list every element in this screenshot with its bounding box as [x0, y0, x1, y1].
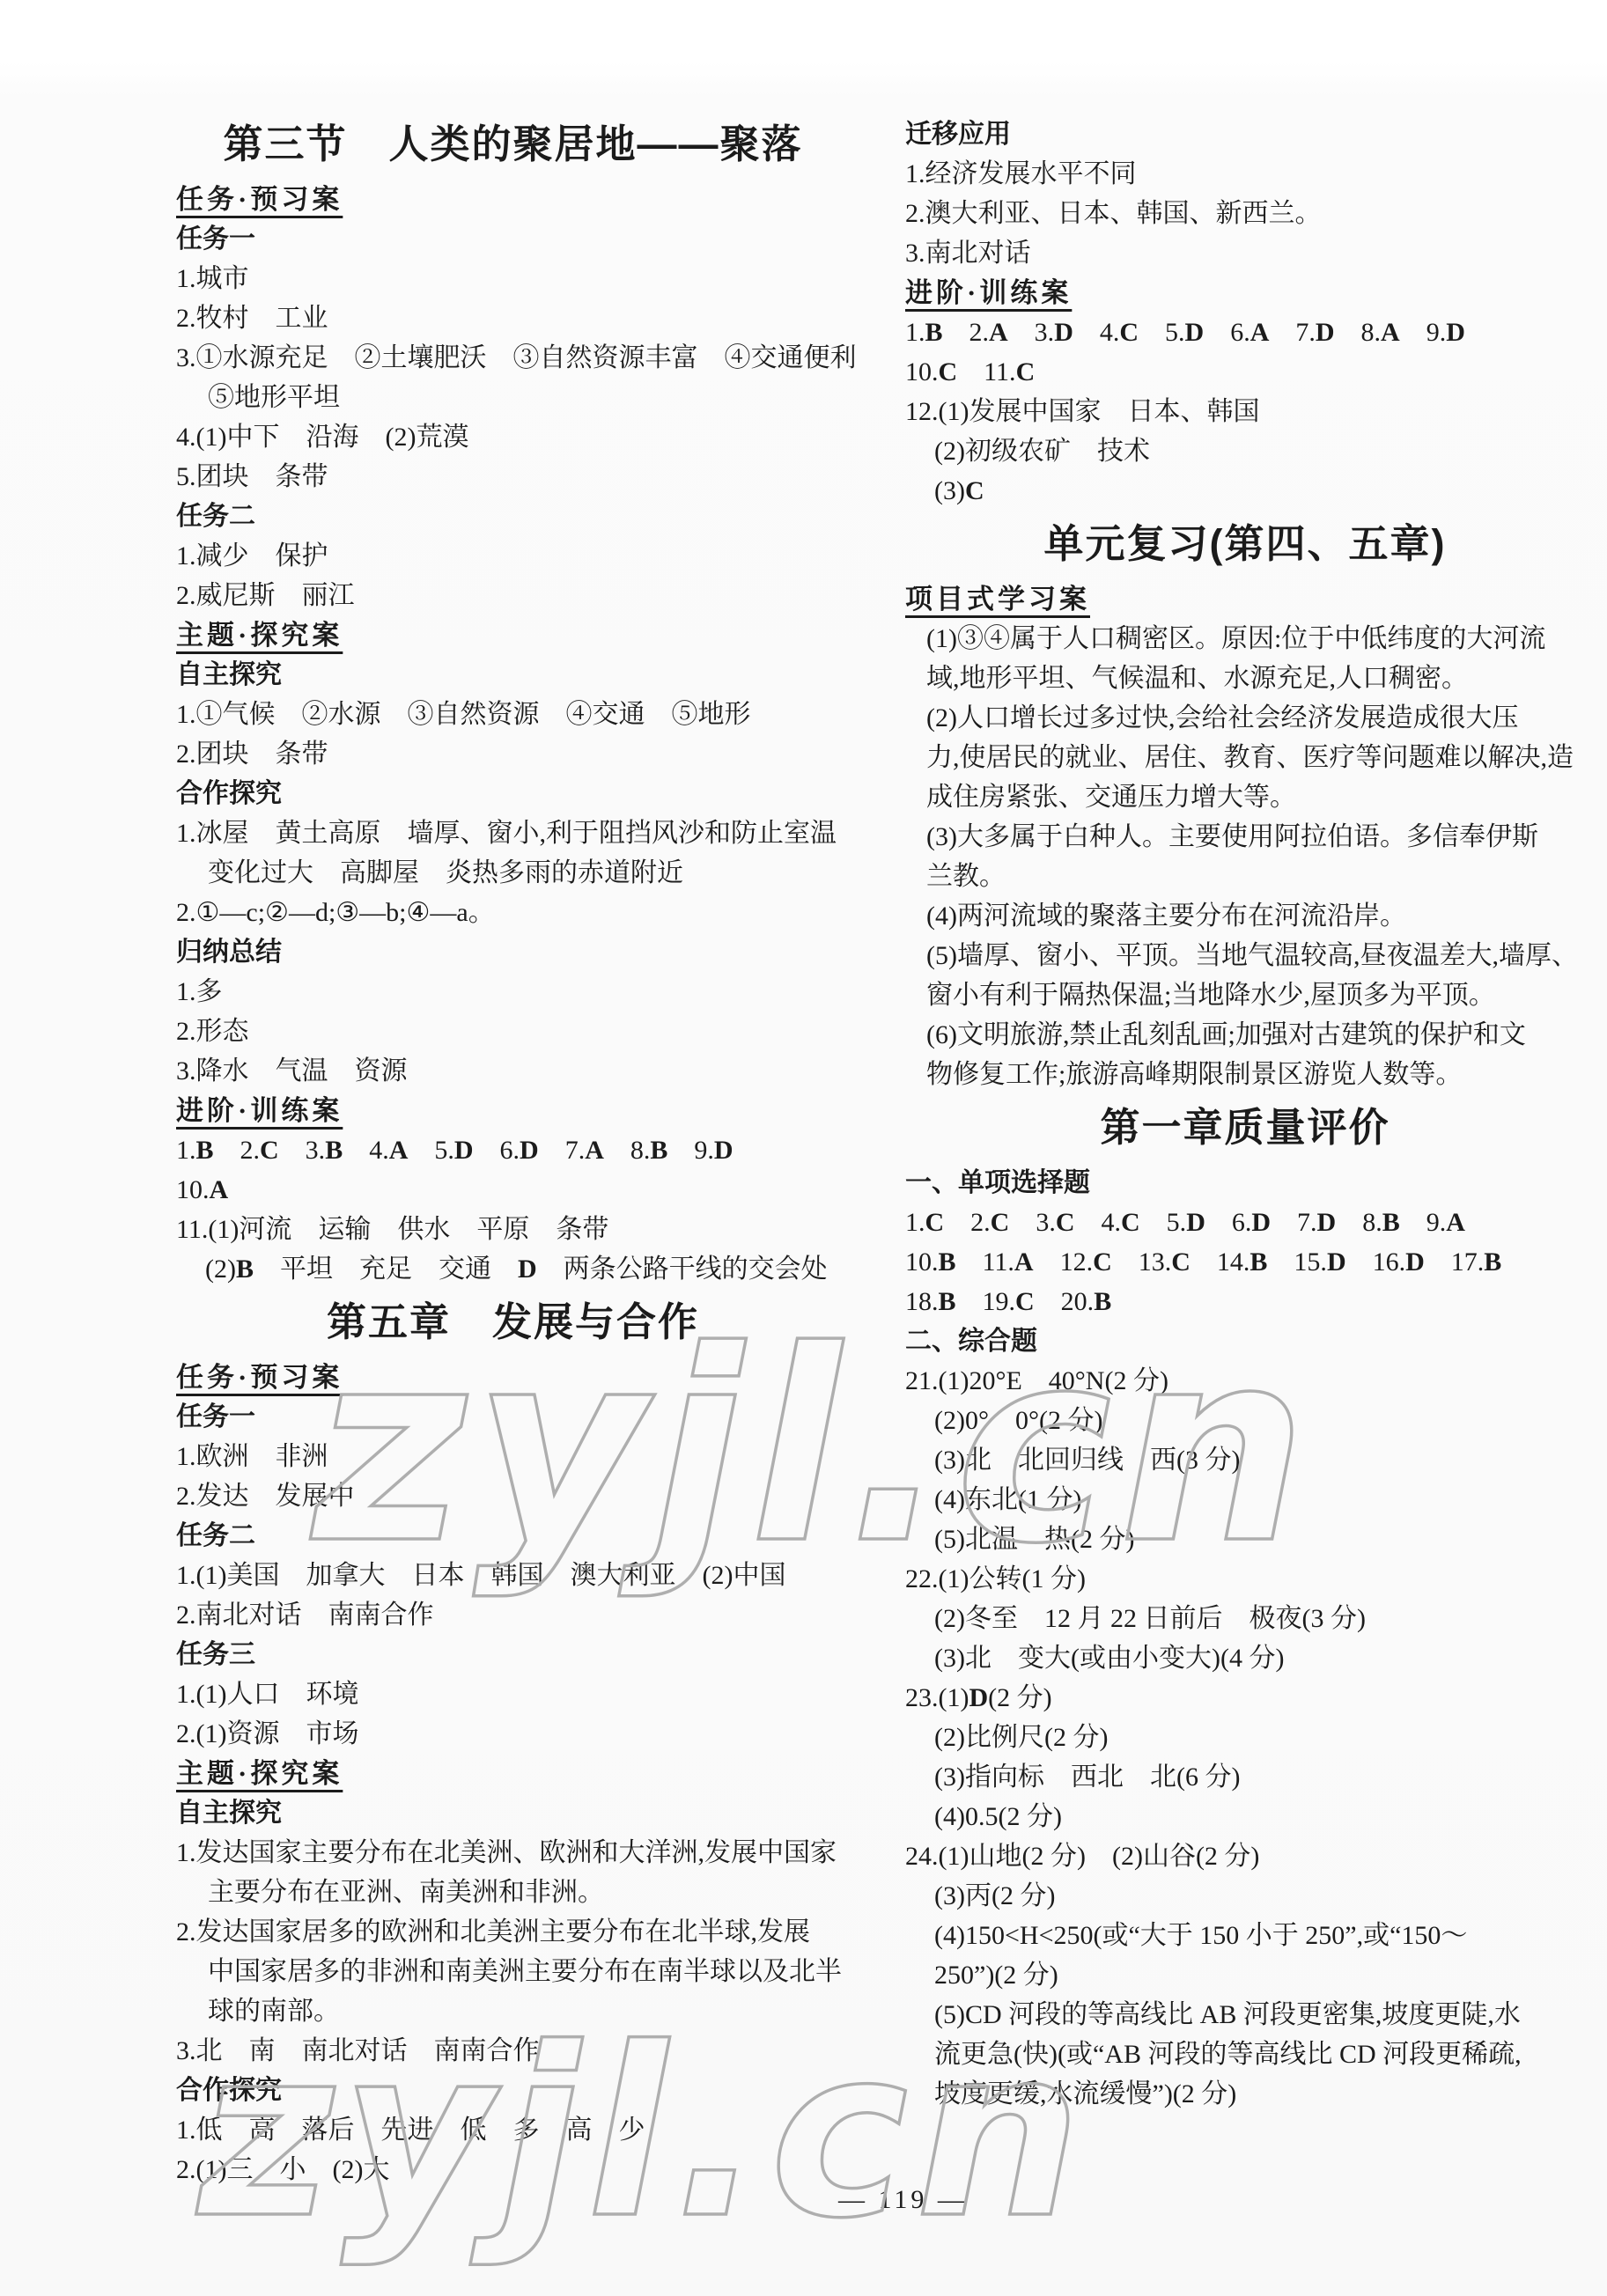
section-label: 进阶·训练案	[176, 1091, 850, 1130]
text-line: (4)150<H<250(或“大于 150 小于 250”,或“150～	[905, 1916, 1585, 1955]
text-line: 1.城市	[176, 259, 850, 298]
text-line: 坡度更缓,水流缓慢”)(2 分)	[905, 2074, 1585, 2114]
text-line: (4)两河流域的聚落主要分布在河流沿岸。	[905, 896, 1585, 936]
section-label: 主题·探究案	[176, 615, 850, 655]
text-line: 23.(1)D(2 分)	[905, 1678, 1585, 1718]
text-line: 250”)(2 分)	[905, 1955, 1585, 1995]
section-label: 进阶·训练案	[905, 273, 1585, 313]
text-line: 1.多	[176, 972, 850, 1012]
text-line: 1.(1)人口 环境	[176, 1674, 850, 1714]
answer-row: 18.B 19.C 20.B	[905, 1282, 1585, 1321]
subsection-heading: 任务一	[176, 219, 850, 259]
text-line: (6)文明旅游,禁止乱刻乱画;加强对古建筑的保护和文	[905, 1015, 1585, 1055]
text-line: ⑤地形平坦	[176, 378, 850, 417]
section-label: 项目式学习案	[905, 579, 1585, 619]
text-line: 1.低 高 落后 先进 低 多 高 少	[176, 2110, 850, 2150]
subsection-heading: 一、单项选择题	[905, 1163, 1585, 1203]
text-line: 11.(1)河流 运输 供水 平原 条带	[176, 1210, 850, 1249]
text-line: 4.(1)中下 沿海 (2)荒漠	[176, 417, 850, 457]
section-label: 主题·探究案	[176, 1754, 850, 1793]
text-line: 3.降水 气温 资源	[176, 1051, 850, 1091]
answer-row: 1.B 2.C 3.B 4.A 5.D 6.D 7.A 8.B 9.D	[176, 1130, 850, 1170]
text-line: (3)北 变大(或由小变大)(4 分)	[905, 1638, 1585, 1678]
text-line: 2.团块 条带	[176, 734, 850, 774]
text-line: 球的南部。	[176, 1991, 850, 2031]
text-line: 1.冰屋 黄土高原 墙厚、窗小,利于阻挡风沙和防止室温	[176, 813, 850, 853]
text-line: 2.南北对话 南南合作	[176, 1595, 850, 1635]
chapter-heading: 第五章 发展与合作	[176, 1296, 850, 1349]
answer-row: 10.B 11.A 12.C 13.C 14.B 15.D 16.D 17.B	[905, 1242, 1585, 1282]
scanned-answer-page: 第三节 人类的聚居地——聚落任务·预习案任务一1.城市2.牧村 工业3.①水源充…	[0, 0, 1607, 2296]
subsection-heading: 二、综合题	[905, 1321, 1585, 1361]
text-line: (5)CD 河段的等高线比 AB 河段更密集,坡度更陡,水	[905, 1995, 1585, 2035]
text-line: (3)大多属于白种人。主要使用阿拉伯语。多信奉伊斯	[905, 817, 1585, 857]
subsection-heading: 自主探究	[176, 1793, 850, 1833]
text-line: 1.减少 保护	[176, 536, 850, 576]
text-line: (2)人口增长过多过快,会给社会经济发展造成很大压	[905, 698, 1585, 738]
text-line: (1)③④属于人口稠密区。原因:位于中低纬度的大河流	[905, 619, 1585, 659]
text-line: 2.牧村 工业	[176, 298, 850, 338]
text-line: 2.(1)资源 市场	[176, 1714, 850, 1754]
subsection-heading: 任务三	[176, 1635, 850, 1674]
chapter-heading: 第三节 人类的聚居地——聚落	[176, 118, 850, 171]
text-line: 1.(1)美国 加拿大 日本 韩国 澳大利亚 (2)中国	[176, 1556, 850, 1595]
text-line: 2.澳大利亚、日本、韩国、新西兰。	[905, 194, 1585, 233]
text-line: 1.①气候 ②水源 ③自然资源 ④交通 ⑤地形	[176, 695, 850, 734]
section-label: 任务·预习案	[176, 1358, 850, 1397]
text-line: 21.(1)20°E 40°N(2 分)	[905, 1361, 1585, 1401]
text-line: (4)东北(1 分)	[905, 1480, 1585, 1520]
text-line: 2.①—c;②—d;③—b;④—a。	[176, 893, 850, 932]
text-line: 2.发达 发展中	[176, 1476, 850, 1516]
text-line: 5.团块 条带	[176, 457, 850, 497]
text-line: (2)0° 0°(2 分)	[905, 1401, 1585, 1440]
text-line: 2.威尼斯 丽江	[176, 576, 850, 615]
text-line: 3.北 南 南北对话 南南合作	[176, 2031, 850, 2071]
text-line: 1.经济发展水平不同	[905, 154, 1585, 194]
text-line: 成住房紧张、交通压力增大等。	[905, 777, 1585, 817]
text-line: 22.(1)公转(1 分)	[905, 1559, 1585, 1599]
text-line: (5)北温 热(2 分)	[905, 1520, 1585, 1559]
text-line: (2)冬至 12 月 22 日前后 极夜(3 分)	[905, 1599, 1585, 1638]
section-label: 任务·预习案	[176, 180, 850, 219]
text-line: 1.发达国家主要分布在北美洲、欧洲和大洋洲,发展中国家	[176, 1833, 850, 1873]
chapter-heading: 第一章质量评价	[905, 1101, 1585, 1154]
text-line: 变化过大 高脚屋 炎热多雨的赤道附近	[176, 853, 850, 893]
text-line: (4)0.5(2 分)	[905, 1797, 1585, 1836]
subsection-heading: 任务二	[176, 497, 850, 536]
text-line: 12.(1)发展中国家 日本、韩国	[905, 392, 1585, 431]
subsection-heading: 合作探究	[176, 774, 850, 813]
page-number: — 119 —	[838, 2185, 968, 2215]
text-line: (3)C	[905, 471, 1585, 511]
text-line: 2.(1)三 小 (2)大	[176, 2150, 850, 2189]
text-line: (3)丙(2 分)	[905, 1876, 1585, 1916]
text-line: 3.①水源充足 ②土壤肥沃 ③自然资源丰富 ④交通便利	[176, 338, 850, 378]
text-line: 3.南北对话	[905, 233, 1585, 273]
subsection-heading: 任务一	[176, 1397, 850, 1437]
answer-row: 10.A	[176, 1170, 850, 1210]
text-line: (3)指向标 西北 北(6 分)	[905, 1757, 1585, 1797]
text-line: 中国家居多的非洲和南美洲主要分布在南半球以及北半	[176, 1952, 850, 1991]
text-line: 力,使居民的就业、居住、教育、医疗等问题难以解决,造	[905, 738, 1585, 777]
text-line: 24.(1)山地(2 分) (2)山谷(2 分)	[905, 1836, 1585, 1876]
text-line: (2)B 平坦 充足 交通 D 两条公路干线的交会处	[176, 1249, 850, 1289]
subsection-heading: 自主探究	[176, 655, 850, 695]
text-line: (2)比例尺(2 分)	[905, 1718, 1585, 1757]
answer-row: 1.C 2.C 3.C 4.C 5.D 6.D 7.D 8.B 9.A	[905, 1203, 1585, 1242]
text-line: 流更急(快)(或“AB 河段的等高线比 CD 河段更稀疏,	[905, 2035, 1585, 2074]
text-line: 物修复工作;旅游高峰期限制景区游览人数等。	[905, 1055, 1585, 1094]
text-line: (2)初级农矿 技术	[905, 431, 1585, 471]
text-line: 兰教。	[905, 857, 1585, 896]
answer-row: 10.C 11.C	[905, 352, 1585, 392]
text-line: 2.形态	[176, 1012, 850, 1051]
text-line: 1.欧洲 非洲	[176, 1437, 850, 1476]
chapter-heading: 单元复习(第四、五章)	[905, 518, 1585, 570]
right-column: 迁移应用1.经济发展水平不同2.澳大利亚、日本、韩国、新西兰。3.南北对话进阶·…	[905, 114, 1585, 2114]
text-line: 2.发达国家居多的欧洲和北美洲主要分布在北半球,发展	[176, 1912, 850, 1952]
text-line: 主要分布在亚洲、南美洲和非洲。	[176, 1873, 850, 1912]
text-line: 窗小有利于隔热保温;当地降水少,屋顶多为平顶。	[905, 975, 1585, 1015]
subsection-heading: 合作探究	[176, 2071, 850, 2110]
subsection-heading: 任务二	[176, 1516, 850, 1556]
subsection-heading: 迁移应用	[905, 114, 1585, 154]
text-line: (3)北 北回归线 西(3 分)	[905, 1440, 1585, 1480]
text-line: (5)墙厚、窗小、平顶。当地气温较高,昼夜温差大,墙厚、	[905, 936, 1585, 975]
left-column: 第三节 人类的聚居地——聚落任务·预习案任务一1.城市2.牧村 工业3.①水源充…	[176, 111, 850, 2189]
text-line: 域,地形平坦、气候温和、水源充足,人口稠密。	[905, 659, 1585, 698]
subsection-heading: 归纳总结	[176, 932, 850, 972]
answer-row: 1.B 2.A 3.D 4.C 5.D 6.A 7.D 8.A 9.D	[905, 313, 1585, 352]
